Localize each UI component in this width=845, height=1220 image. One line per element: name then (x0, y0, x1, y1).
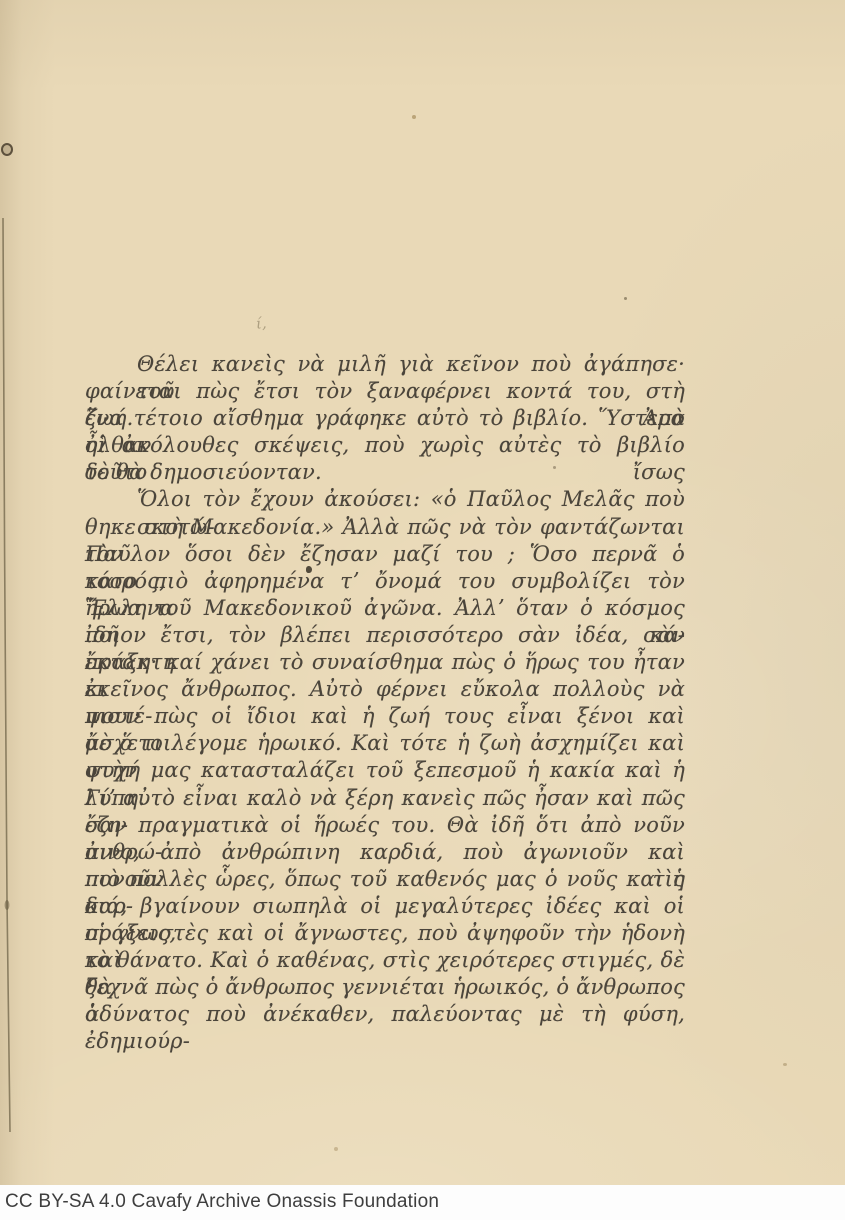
paper-hole-mark (1, 143, 13, 156)
text-line: ἐκεῖνος ἄνθρωπος. Αὐτὸ φέρνει εὔκολα πολ… (85, 676, 685, 703)
text-line: πινο, ἀπὸ ἀνθρώπινη καρδιά, ποὺ ἀγωνιοῦν… (85, 839, 685, 866)
text-line: ψουν πὼς οἱ ἴδιοι καὶ ἡ ζωή τους εἶναι ξ… (85, 703, 685, 730)
text-line: Ὅλοι τὸν ἔχουν ἀκούσει: «ὁ Παῦλος Μελᾶς … (85, 486, 685, 513)
page-text-block: Θέλει κανεὶς νὰ μιλῆ γιὰ κεῖνον ποὺ ἀγάπ… (85, 351, 685, 1028)
text-line: σαν πραγματικὰ οἱ ἥρωές του. Θὰ ἰδῆ ὅτι … (85, 812, 685, 839)
text-line: τόσο πιὸ ἀφηρημένα τʼ ὄνομά του συμβολίζ… (85, 568, 685, 595)
license-bar: CC BY-SA 4.0 Cavafy Archive Onassis Foun… (0, 1185, 845, 1220)
book-page-scan: ί, Θέλει κανεὶς νὰ μιλῆ γιὰ κεῖνον ποὺ ἀ… (0, 0, 845, 1185)
text-line: τὸ θάνατο. Καὶ ὁ καθένας, στὶς χειρότερε… (85, 947, 685, 974)
license-caption: CC BY-SA 4.0 Cavafy Archive Onassis Foun… (5, 1191, 439, 1213)
text-line: ποιον ἔτσι, τὸν βλέπει περισσότερο σὰν ἰ… (85, 622, 685, 649)
text-line: διά, βγαίνουν σιωπηλὰ οἱ μεγαλύτερες ἰδέ… (85, 893, 685, 920)
text-line: ἀδύνατος ποὺ ἀνέκαθεν, παλεύοντας μὲ τὴ … (85, 1001, 685, 1028)
text-line: πράξη· καί χάνει τὸ συναίσθημα πὼς ὁ ἥρω… (85, 649, 685, 676)
text-line: πιὸ πολλὲς ὧρες, ὅπως τοῦ καθενός μας ὁ … (85, 866, 685, 893)
paper-speck (412, 115, 416, 119)
text-line: οἱ ἀκόλουθες σκέψεις, ποὺ χωρὶς αὐτὲς τὸ… (85, 432, 685, 459)
paper-speck (783, 1063, 787, 1066)
text-line: Θέλει κανεὶς νὰ μιλῆ γιὰ κεῖνον ποὺ ἀγάπ… (85, 351, 685, 378)
text-line: φαίνεται πὼς ἔτσι τὸν ξαναφέρνει κοντά τ… (85, 378, 685, 405)
text-line: οἱ γνωστὲς καὶ οἱ ἄγνωστες, ποὺ ἀψηφοῦν … (85, 920, 685, 947)
paper-speck (334, 1147, 338, 1151)
text-line: Γιʼ αὐτὸ εἶναι καλὸ νὰ ξέρη κανεὶς πῶς ἦ… (85, 785, 685, 812)
page-edge-line (0, 0, 24, 1185)
ghost-print-mark: ί, (255, 313, 276, 336)
text-line: ψυχή μας κατασταλάζει τοῦ ξεπεσμοῦ ἡ κακ… (85, 757, 685, 784)
paper-speck (624, 297, 627, 300)
text-line: θηκε στὴ Μακεδονία.» Ἀλλὰ πῶς νὰ τὸν φαν… (85, 514, 685, 541)
text-line: ἕνα τέτοιο αἴσθημα γράφηκε αὐτὸ τὸ βιβλί… (85, 405, 685, 432)
text-line: ξεχνᾶ πὼς ὁ ἄνθρωπος γεννιέται ἡρωικός, … (85, 974, 685, 1001)
text-line: Παῦλον ὅσοι δὲν ἔζησαν μαζί του ; Ὅσο πε… (85, 541, 685, 568)
text-line: μὲ ὅ τι λέγομε ἡρωικό. Καὶ τότε ἡ ζωὴ ἀσ… (85, 730, 685, 757)
text-line: ἥρωα τοῦ Μακεδονικοῦ ἀγῶνα. Ἀλλʼ ὅταν ὁ … (85, 595, 685, 622)
